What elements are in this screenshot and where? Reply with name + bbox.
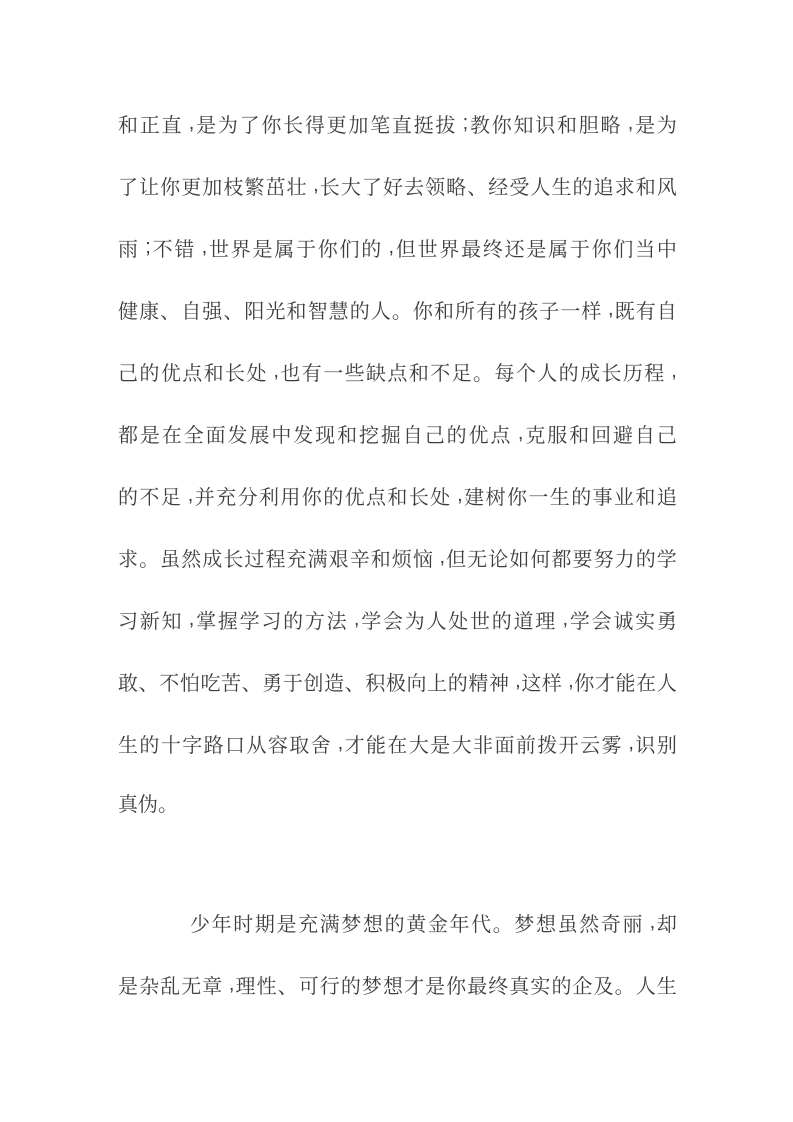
glyph: 虽 [558, 908, 578, 937]
glyph: 勇 [657, 605, 677, 634]
text-line: 是杂乱无章 ,理性、可行的梦想才是你最终真实的企及。人生 [118, 953, 677, 1015]
glyph: 然 [579, 908, 599, 937]
glyph: 能 [366, 729, 386, 758]
text-line: 少年时期是充满梦想的黄金年代。梦想虽然奇丽 ,却 [118, 891, 677, 953]
glyph: 了 [240, 109, 260, 138]
glyph: 成 [580, 357, 600, 386]
glyph: , [308, 174, 319, 197]
glyph: 无 [181, 970, 201, 999]
glyph: 黄 [406, 908, 426, 937]
glyph: 属 [548, 233, 568, 262]
glyph: 样 [542, 667, 562, 696]
glyph: 服 [547, 419, 567, 448]
glyph: 积 [365, 667, 385, 696]
glyph: 的 [551, 970, 571, 999]
glyph: 艰 [329, 543, 349, 572]
glyph: 辛 [350, 543, 370, 572]
glyph: 直 [162, 109, 182, 138]
glyph: 性 [257, 970, 277, 999]
glyph: 处 [246, 357, 266, 386]
glyph: , [223, 973, 234, 996]
glyph: 己 [118, 357, 138, 386]
text-line: 雨 ;不错 ,世界是属于你们的 ,但世界最终还是属于你们当中 [118, 216, 677, 278]
glyph: 的 [118, 481, 138, 510]
glyph: 和 [371, 543, 391, 572]
glyph: 好 [383, 171, 403, 200]
glyph: 拨 [537, 729, 557, 758]
glyph: 追 [594, 171, 614, 200]
document-body: 和正直 ,是为了你长得更加笔直挺拔 ;教你知识和胆略 ,是为了让你更加枝繁茁壮 … [118, 92, 677, 1015]
glyph: 最 [461, 233, 481, 262]
glyph: , [383, 236, 394, 259]
glyph: 年 [212, 908, 232, 937]
glyph: 理 [236, 970, 256, 999]
glyph: 和 [434, 295, 454, 324]
glyph: 树 [486, 481, 506, 510]
glyph: 、 [242, 667, 262, 696]
glyph: 些 [345, 357, 365, 386]
paragraph-spacer [118, 836, 677, 891]
glyph: 拔 [435, 109, 455, 138]
glyph: 识 [635, 729, 655, 758]
glyph: 长 [223, 543, 243, 572]
glyph: 、 [467, 171, 487, 200]
glyph: 子 [539, 295, 559, 324]
glyph: 笔 [370, 109, 390, 138]
glyph: 如 [509, 543, 529, 572]
paragraph: 和正直 ,是为了你长得更加笔直挺拔 ;教你知识和胆略 ,是为了让你更加枝繁茁壮 … [118, 92, 677, 836]
glyph: 大 [409, 729, 429, 758]
glyph: 别 [657, 729, 677, 758]
glyph: 阳 [244, 295, 264, 324]
glyph: 长 [320, 171, 340, 200]
glyph: 在 [636, 667, 656, 696]
glyph: 和 [118, 109, 138, 138]
glyph: 的 [571, 481, 591, 510]
glyph: , [332, 732, 343, 755]
glyph: 才 [404, 970, 424, 999]
glyph: 苦 [221, 667, 241, 696]
glyph: 都 [551, 543, 571, 572]
glyph: 并 [195, 481, 215, 510]
glyph: 字 [182, 729, 202, 758]
glyph: 还 [505, 233, 525, 262]
glyph: 们 [340, 233, 360, 262]
glyph: 年 [450, 908, 470, 937]
glyph: 处 [448, 605, 468, 634]
glyph: 都 [118, 419, 138, 448]
glyph: 健 [118, 295, 138, 324]
glyph: 的 [559, 357, 579, 386]
glyph: 云 [580, 729, 600, 758]
glyph: 受 [509, 171, 529, 200]
glyph: 精 [468, 667, 488, 696]
glyph: 习 [261, 605, 281, 634]
glyph: 你 [261, 109, 281, 138]
glyph: 想 [383, 970, 403, 999]
glyph: 充 [298, 908, 318, 937]
glyph: 知 [162, 605, 182, 634]
glyph: 慧 [329, 295, 349, 324]
glyph: 业 [614, 481, 634, 510]
glyph: 是 [430, 729, 450, 758]
glyph: 雾 [601, 729, 621, 758]
glyph: 领 [425, 171, 445, 200]
glyph: , [644, 911, 655, 934]
glyph: 直 [392, 109, 412, 138]
glyph: 。 [473, 357, 493, 386]
glyph: 自 [657, 295, 677, 324]
glyph: 你 [592, 233, 612, 262]
glyph: , [666, 360, 677, 383]
glyph: 你 [492, 109, 512, 138]
glyph: 但 [396, 233, 416, 262]
glyph: ; [140, 236, 151, 259]
glyph: 努 [594, 543, 614, 572]
glyph: 有 [636, 295, 656, 324]
glyph: 和 [287, 295, 307, 324]
glyph: 去 [404, 171, 424, 200]
glyph: 是 [118, 970, 138, 999]
glyph: 自 [181, 295, 201, 324]
glyph: 知 [514, 109, 534, 138]
glyph: 上 [427, 667, 447, 696]
glyph: 胆 [579, 109, 599, 138]
glyph: 在 [387, 729, 407, 758]
text-line: 健康、自强、阳光和智慧的人。你和所有的孩子一样 ,既有自 [118, 278, 677, 340]
glyph: 程 [644, 357, 664, 386]
glyph: 是 [425, 970, 445, 999]
text-line: 的不足 ,并充分利用你的优点和长处 ,建树你一生的事业和追 [118, 464, 677, 526]
glyph: 这 [521, 667, 541, 696]
glyph: 你 [318, 233, 338, 262]
glyph: 梦 [514, 908, 534, 937]
text-line: 都是在全面发展中发现和挖掘自己的优点 ,克服和回避自己 [118, 402, 677, 464]
glyph: 大 [341, 171, 361, 200]
glyph: 错 [174, 233, 194, 262]
text-line: 了让你更加枝繁茁壮 ,长大了好去领略、经受人生的追求和风 [118, 154, 677, 216]
glyph: 你 [302, 481, 322, 510]
glyph: 每 [494, 357, 514, 386]
glyph: , [510, 670, 521, 693]
glyph: 容 [268, 729, 288, 758]
glyph: 孩 [518, 295, 538, 324]
glyph: 略 [601, 109, 621, 138]
glyph: 极 [386, 667, 406, 696]
glyph: 追 [657, 481, 677, 510]
glyph: 和 [557, 109, 577, 138]
glyph: , [268, 360, 279, 383]
glyph: 智 [308, 295, 328, 324]
glyph: 建 [464, 481, 484, 510]
glyph: 于 [283, 667, 303, 696]
glyph: 用 [280, 481, 300, 510]
glyph: 最 [467, 970, 487, 999]
glyph: 学 [657, 543, 677, 572]
glyph: 展 [249, 419, 269, 448]
glyph: 杂 [139, 970, 159, 999]
glyph: 世 [418, 233, 438, 262]
glyph: 现 [315, 419, 335, 448]
glyph: 创 [303, 667, 323, 696]
glyph: 大 [452, 729, 472, 758]
glyph: 是 [635, 109, 655, 138]
glyph: 想 [363, 908, 383, 937]
glyph: 终 [483, 233, 503, 262]
glyph: 却 [657, 908, 677, 937]
glyph: 路 [204, 729, 224, 758]
glyph: 十 [161, 729, 181, 758]
glyph: 足 [161, 481, 181, 510]
glyph: 也 [280, 357, 300, 386]
glyph: 从 [246, 729, 266, 758]
glyph: 是 [140, 419, 160, 448]
glyph: , [602, 298, 613, 321]
glyph: 识 [535, 109, 555, 138]
glyph: , [557, 608, 568, 631]
glyph: 的 [447, 419, 467, 448]
glyph: 生 [551, 171, 571, 200]
glyph: 是 [253, 233, 273, 262]
glyph: 要 [573, 543, 593, 572]
glyph: 不 [430, 357, 450, 386]
glyph: 的 [636, 543, 656, 572]
glyph: 期 [255, 908, 275, 937]
document-page: 和正直 ,是为了你长得更加笔直挺拔 ;教你知识和胆略 ,是为了让你更加枝繁茁壮 … [0, 0, 793, 1122]
glyph: , [183, 112, 194, 135]
glyph: 优 [469, 419, 489, 448]
glyph: 但 [446, 543, 466, 572]
glyph: 为 [657, 109, 677, 138]
glyph: 过 [244, 543, 264, 572]
glyph: 学 [570, 605, 590, 634]
glyph: 前 [516, 729, 536, 758]
glyph: 属 [274, 233, 294, 262]
glyph: , [182, 484, 193, 507]
glyph: 一 [560, 295, 580, 324]
glyph: 可 [299, 970, 319, 999]
glyph: 优 [345, 481, 365, 510]
glyph: 让 [139, 171, 159, 200]
glyph: 论 [488, 543, 508, 572]
glyph: 的 [341, 970, 361, 999]
glyph: , [348, 608, 359, 631]
glyph: 生 [118, 729, 138, 758]
glyph: 于 [296, 233, 316, 262]
glyph: 行 [320, 970, 340, 999]
glyph: 。 [493, 908, 513, 937]
glyph: 才 [595, 667, 615, 696]
glyph: 避 [613, 419, 633, 448]
glyph: 金 [428, 908, 448, 937]
glyph: 的 [385, 908, 405, 937]
glyph: 自 [635, 419, 655, 448]
glyph: 何 [530, 543, 550, 572]
glyph: 的 [497, 295, 517, 324]
glyph: ; [457, 112, 468, 135]
glyph: 足 [452, 357, 472, 386]
glyph: 恼 [413, 543, 433, 572]
glyph: 的 [323, 481, 343, 510]
glyph: 和 [204, 357, 224, 386]
glyph: 充 [216, 481, 236, 510]
glyph: 长 [601, 357, 621, 386]
glyph: 和 [636, 171, 656, 200]
glyph: 枝 [223, 171, 243, 200]
glyph: 虽 [160, 543, 180, 572]
glyph: 法 [327, 605, 347, 634]
glyph: 和 [387, 481, 407, 510]
glyph: 。 [139, 543, 159, 572]
glyph: 中 [657, 233, 677, 262]
glyph: 生 [657, 970, 677, 999]
text-line: 己的优点和长处 ,也有一些缺点和不足。每个人的成长历程 , [118, 340, 677, 402]
glyph: 向 [407, 667, 427, 696]
glyph: 人 [427, 605, 447, 634]
glyph: 无 [467, 543, 487, 572]
glyph: 怕 [180, 667, 200, 696]
glyph: 自 [403, 419, 423, 448]
glyph: 掘 [381, 419, 401, 448]
glyph: 点 [366, 481, 386, 510]
glyph: 界 [231, 233, 251, 262]
glyph: 章 [202, 970, 222, 999]
glyph: 你 [446, 970, 466, 999]
glyph: 雨 [118, 233, 138, 262]
glyph: 了 [118, 171, 138, 200]
glyph: 代 [471, 908, 491, 937]
glyph: 利 [259, 481, 279, 510]
glyph: 的 [573, 171, 593, 200]
glyph: 强 [202, 295, 222, 324]
text-line: 敢、不怕吃苦、勇于创造、积极向上的精神 ,这样 ,你才能在人 [118, 650, 677, 712]
glyph: 会 [592, 605, 612, 634]
glyph: 己 [657, 419, 677, 448]
glyph: 人 [537, 357, 557, 386]
glyph: 人 [636, 970, 656, 999]
glyph: 学 [361, 605, 381, 634]
glyph: 、 [345, 667, 365, 696]
glyph: 力 [615, 543, 635, 572]
glyph: 教 [470, 109, 490, 138]
glyph: 世 [470, 605, 490, 634]
glyph: 面 [206, 419, 226, 448]
glyph: 你 [160, 171, 180, 200]
glyph: 回 [591, 419, 611, 448]
text-line: 生的十字路口从容取舍 ,才能在大是大非面前拨开云雾 ,识别 [118, 712, 677, 774]
glyph: 于 [570, 233, 590, 262]
glyph: 握 [218, 605, 238, 634]
glyph: 点 [387, 357, 407, 386]
glyph: 才 [345, 729, 365, 758]
glyph: 为 [405, 605, 425, 634]
glyph: 掌 [196, 605, 216, 634]
glyph: 时 [233, 908, 253, 937]
glyph: 界 [439, 233, 459, 262]
glyph: 的 [361, 233, 381, 262]
glyph: 满 [320, 908, 340, 937]
glyph: 及 [594, 970, 614, 999]
glyph: 茁 [265, 171, 285, 200]
glyph: 的 [139, 357, 159, 386]
glyph: , [563, 670, 574, 693]
glyph: 一 [323, 357, 343, 386]
glyph: 长 [225, 357, 245, 386]
glyph: 克 [525, 419, 545, 448]
glyph: 点 [182, 357, 202, 386]
glyph: 康 [139, 295, 159, 324]
glyph: 略 [446, 171, 466, 200]
glyph: 光 [265, 295, 285, 324]
glyph: 和 [337, 419, 357, 448]
glyph: 有 [302, 357, 322, 386]
glyph: 生 [550, 481, 570, 510]
text-line: 求。虽然成长过程充满艰辛和烦恼 ,但无论如何都要努力的学 [118, 526, 677, 588]
glyph: 不 [153, 233, 173, 262]
glyph: 和 [569, 419, 589, 448]
glyph: 能 [615, 667, 635, 696]
glyph: 神 [489, 667, 509, 696]
glyph: 然 [181, 543, 201, 572]
glyph: 开 [559, 729, 579, 758]
glyph: 充 [287, 543, 307, 572]
glyph: 既 [615, 295, 635, 324]
glyph: 加 [202, 171, 222, 200]
glyph: 、 [223, 295, 243, 324]
text-line: 习新知 ,掌握学习的方法 ,学会为人处世的道理 ,学会诚实勇 [118, 588, 677, 650]
glyph: 舍 [311, 729, 331, 758]
glyph: 繁 [244, 171, 264, 200]
glyph: , [452, 484, 463, 507]
glyph: 的 [448, 667, 468, 696]
glyph: 实 [530, 970, 550, 999]
glyph: 满 [308, 543, 328, 572]
glyph: 真 [509, 970, 529, 999]
glyph: 烦 [392, 543, 412, 572]
glyph: 程 [265, 543, 285, 572]
glyph: 和 [409, 357, 429, 386]
glyph: 得 [305, 109, 325, 138]
glyph: 企 [573, 970, 593, 999]
glyph: 理 [535, 605, 555, 634]
glyph: 吃 [200, 667, 220, 696]
glyph: 、 [160, 295, 180, 324]
glyph: 的 [492, 605, 512, 634]
glyph: 优 [161, 357, 181, 386]
glyph: 。 [392, 295, 412, 324]
glyph: 更 [181, 171, 201, 200]
glyph: 造 [324, 667, 344, 696]
text-line: 真伪。 [118, 774, 677, 836]
glyph: 不 [159, 667, 179, 696]
glyph: 缺 [366, 357, 386, 386]
glyph: 长 [409, 481, 429, 510]
glyph: 样 [581, 295, 601, 324]
glyph: 所 [455, 295, 475, 324]
glyph: 世 [209, 233, 229, 262]
glyph: 习 [118, 605, 138, 634]
glyph: 是 [526, 233, 546, 262]
glyph: 少 [190, 908, 210, 937]
glyph: 分 [238, 481, 258, 510]
glyph: , [512, 422, 523, 445]
glyph: 全 [184, 419, 204, 448]
glyph: 风 [657, 171, 677, 200]
glyph: 求 [615, 171, 635, 200]
glyph: 勇 [262, 667, 282, 696]
glyph: 处 [430, 481, 450, 510]
glyph: 学 [240, 605, 260, 634]
